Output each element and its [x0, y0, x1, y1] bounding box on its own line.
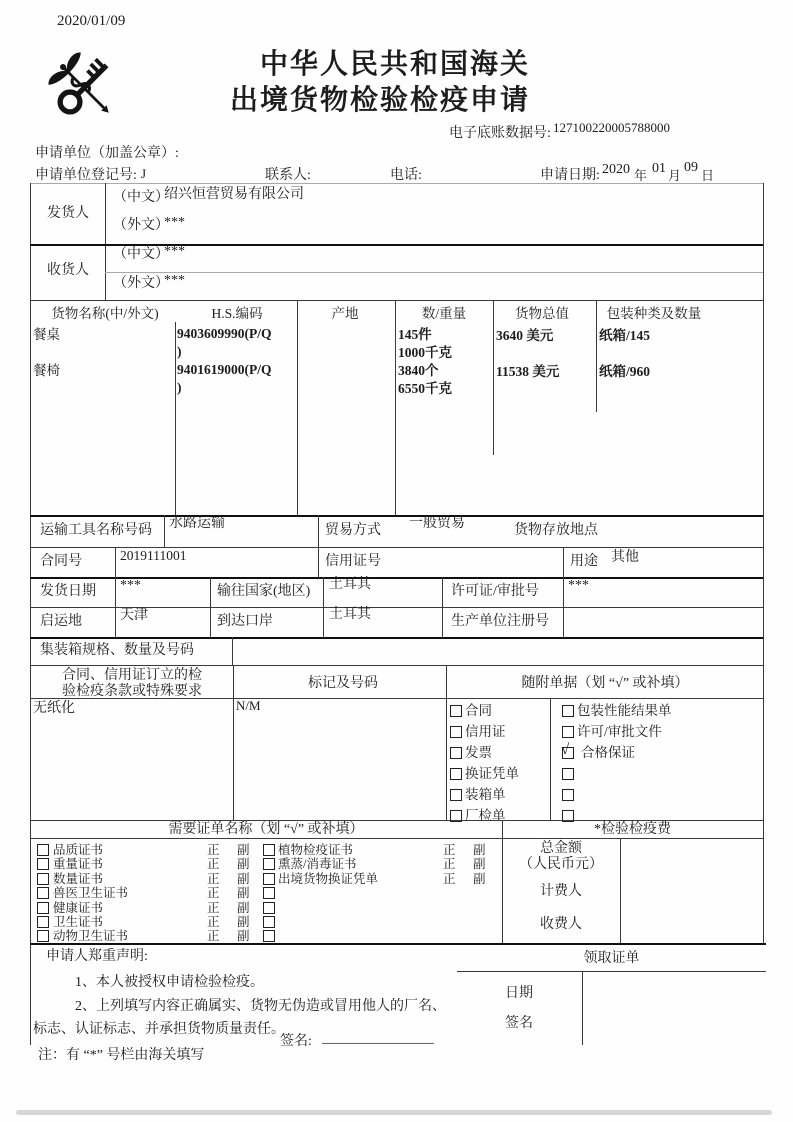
border-line: [30, 838, 763, 839]
border-line: [164, 515, 165, 547]
dest-country-label: 输往国家(地区): [217, 584, 310, 600]
pickup-date-label: 日期: [505, 986, 533, 1002]
doc-checkbox: [562, 789, 574, 801]
cert-original-label: 正: [207, 857, 220, 871]
goods-row-qty: 3840个: [398, 363, 439, 379]
border-line: [30, 244, 763, 246]
cert-copy-label: 副: [237, 857, 250, 871]
goods-row-weight: 6550千克: [398, 381, 452, 397]
goods-row-qty: 145件: [398, 327, 432, 343]
form-title-line1: 中华人民共和国海关: [160, 49, 630, 81]
border-line: [30, 183, 31, 1045]
cert-checkbox: [263, 887, 275, 899]
goods-row-name: 餐椅: [33, 363, 60, 379]
goods-row-value: 11538 美元: [496, 364, 559, 380]
phone-label: 电话:: [390, 168, 422, 184]
doc-label: 信用证: [465, 724, 506, 740]
doc-checkbox: [450, 747, 462, 759]
cert-original-label: 正: [207, 872, 220, 886]
eledger-label: 电子底账数据号:: [449, 126, 551, 142]
apply-date-day-unit: 日: [701, 169, 714, 184]
border-line: [457, 971, 766, 972]
goods-row-packing: 纸箱/960: [599, 364, 650, 380]
cert-original-label: 正: [207, 901, 220, 915]
license-label: 许可证/审批号: [451, 584, 539, 600]
arrival-port-label: 到达口岸: [217, 614, 273, 630]
license-value: ***: [568, 578, 589, 594]
foreign-label: （外文）: [113, 276, 169, 292]
doc-label: 许可/审批文件: [577, 724, 662, 740]
trade-mode-label: 贸易方式: [325, 523, 381, 539]
doc-label: 发票: [465, 745, 492, 761]
cert-label: 动物卫生证书: [53, 929, 128, 943]
checkmark-icon: √: [561, 742, 569, 759]
reg-no-value: J: [141, 167, 146, 182]
reg-no-label: 申请单位登记号:: [35, 168, 137, 184]
cert-checkbox: [263, 916, 275, 928]
apply-date-month-unit: 月: [668, 169, 681, 184]
customs-emblem-graphic: [46, 50, 122, 126]
cert-label: 熏蒸/消毒证书: [278, 857, 356, 871]
chinese-label: （中文）: [113, 247, 169, 263]
doc-checkbox: [450, 726, 462, 738]
attached-docs-header: 随附单据（划 “√” 或补填）: [454, 676, 756, 692]
goods-header-qty: 数/重量: [408, 306, 480, 322]
border-line: [233, 665, 234, 820]
border-line: [763, 183, 764, 943]
border-line: [550, 698, 551, 820]
cert-label: 品质证书: [53, 843, 103, 857]
doc-label: 装箱单: [465, 787, 506, 803]
cert-original-label: 正: [443, 843, 456, 857]
border-line: [30, 300, 763, 301]
cert-checkbox: [263, 844, 275, 856]
doc-checkbox: [562, 726, 574, 738]
doc-label: 换证凭单: [465, 766, 519, 782]
border-line: [30, 820, 763, 821]
apply-date-day: 09: [684, 160, 698, 176]
border-line: [318, 547, 319, 577]
cert-original-label: 正: [443, 872, 456, 886]
consignor-label: 发货人: [47, 206, 89, 222]
border-line: [30, 637, 763, 639]
border-line: [115, 547, 116, 577]
cert-label: 重量证书: [53, 857, 103, 871]
doc-checkbox: [562, 705, 574, 717]
contract-label: 合同号: [40, 554, 82, 570]
customs-application-form: 2020/01/09: [0, 0, 793, 1122]
fees-collector-label: 收费人: [502, 917, 620, 933]
cert-checkbox: [263, 930, 275, 942]
departure-label: 启运地: [40, 614, 82, 630]
clause-header-line1: 合同、信用证订立的检: [38, 668, 226, 684]
cert-checkbox: [37, 916, 49, 928]
applicant-label: 申请单位（加盖公章）:: [35, 146, 179, 162]
goods-row-weight: 1000千克: [398, 345, 452, 361]
border-line: [493, 300, 494, 455]
fees-header: *检验检疫费: [502, 822, 763, 838]
border-line: [318, 515, 319, 547]
border-line: [30, 698, 763, 699]
border-line: [105, 272, 763, 273]
cert-original-label: 正: [207, 886, 220, 900]
ship-date-label: 发货日期: [40, 584, 96, 600]
border-line: [620, 838, 621, 943]
doc-label: 合同: [465, 703, 492, 719]
border-line: [30, 183, 763, 184]
form-title-line2: 出境货物检验检疫申请: [145, 85, 615, 117]
ship-date-value: ***: [120, 578, 141, 594]
apply-date-label: 申请日期:: [540, 168, 600, 184]
consignee-chinese-value: ***: [164, 244, 185, 260]
cert-copy-label: 副: [237, 929, 250, 943]
apply-date-year: 2020: [602, 162, 630, 178]
consignee-label: 收货人: [47, 263, 89, 279]
eledger-value: 127100220005788000: [553, 121, 670, 136]
cert-label: 兽医卫生证书: [53, 886, 128, 900]
apply-date-month: 01: [652, 161, 666, 177]
cert-label: 数量证书: [53, 872, 103, 886]
vehicle-label: 运输工具名称号码: [40, 523, 152, 539]
departure-value: 天津: [120, 608, 148, 624]
cert-original-label: 正: [207, 929, 220, 943]
consignee-foreign-value: ***: [164, 273, 185, 289]
border-line: [563, 547, 564, 577]
cert-copy-label: 副: [237, 872, 250, 886]
declaration-line2: 2、上列填写内容正确属实、货物无伪造或冒用他人的厂名、: [75, 999, 446, 1015]
cert-checkbox: [37, 873, 49, 885]
border-line: [297, 300, 298, 515]
cert-copy-label: 副: [473, 872, 486, 886]
border-line: [596, 300, 597, 412]
cert-label: 出境货物换证凭单: [278, 872, 378, 886]
pickup-header: 领取证单: [457, 951, 766, 967]
cert-checkbox: [37, 844, 49, 856]
goods-row-name: 餐桌: [33, 327, 60, 343]
cert-copy-label: 副: [237, 843, 250, 857]
certs-header: 需要证单名称（划 “√” 或补填）: [32, 822, 500, 838]
foreign-label: （外文）: [113, 218, 169, 234]
cert-checkbox: [37, 858, 49, 870]
contract-value: 2019111001: [120, 548, 187, 564]
border-line: [105, 183, 106, 300]
storage-label: 货物存放地点: [514, 523, 598, 539]
consignor-chinese-value: 绍兴恒营贸易有限公司: [164, 187, 304, 203]
doc-checkbox: [450, 768, 462, 780]
cert-copy-label: 副: [237, 915, 250, 929]
cert-original-label: 正: [207, 915, 220, 929]
border-line: [30, 665, 763, 666]
declaration-sign-line: ________________: [322, 1031, 434, 1047]
goods-row-hs-cont: ): [177, 380, 182, 396]
cert-label: 植物检疫证书: [278, 843, 353, 857]
cert-label: 卫生证书: [53, 915, 103, 929]
pickup-sign-label: 签名: [505, 1016, 533, 1032]
cert-copy-label: 副: [237, 886, 250, 900]
declaration-sign-label: 签名:: [280, 1034, 312, 1050]
border-line: [582, 971, 583, 1045]
border-line: [175, 322, 176, 515]
goods-row-hs-cont: ): [177, 344, 182, 360]
cert-original-label: 正: [207, 843, 220, 857]
doc-label: 包装性能结果单: [577, 703, 672, 719]
cert-checkbox: [263, 902, 275, 914]
cert-copy-label: 副: [473, 843, 486, 857]
cert-checkbox: [263, 858, 275, 870]
apply-date-year-unit: 年: [634, 169, 647, 184]
cert-checkbox: [37, 930, 49, 942]
border-line: [30, 943, 766, 945]
doc-label: 合格保证: [581, 745, 635, 761]
clause-value: 无纸化: [33, 701, 75, 717]
consignor-foreign-value: ***: [164, 215, 185, 231]
cert-copy-label: 副: [473, 857, 486, 871]
fees-calculator-label: 计费人: [502, 884, 620, 900]
customs-emblem-icon: [46, 50, 122, 126]
border-line: [232, 637, 233, 665]
chinese-label: （中文）: [113, 190, 169, 206]
scan-date: 2020/01/09: [57, 13, 125, 30]
scan-edge-artifact: [16, 1110, 772, 1115]
contact-label: 联系人:: [265, 168, 311, 184]
declaration-title: 申请人郑重声明:: [46, 949, 148, 965]
cert-checkbox: [37, 902, 49, 914]
border-line: [30, 515, 763, 517]
dest-country-value: 土耳其: [329, 577, 371, 593]
usage-label: 用途: [570, 554, 598, 570]
goods-row-packing: 纸箱/145: [599, 328, 650, 344]
goods-row-hs: 9403609990(P/Q: [177, 326, 272, 342]
lc-label: 信用证号: [325, 554, 381, 570]
container-label: 集装箱规格、数量及号码: [40, 643, 194, 659]
goods-header-value: 货物总值: [506, 306, 578, 322]
usage-value: 其他: [611, 550, 639, 566]
declaration-line1: 1、本人被授权申请检验检疫。: [75, 975, 264, 991]
vehicle-value: 水路运输: [169, 516, 225, 532]
cert-checkbox: [263, 873, 275, 885]
goods-row-hs: 9401619000(P/Q: [177, 362, 272, 378]
cert-checkbox: [37, 887, 49, 899]
fees-total-label-line1: 总金额: [502, 841, 620, 857]
cert-original-label: 正: [443, 857, 456, 871]
border-line: [446, 665, 447, 820]
goods-header-name: 货物名称(中/外文): [38, 306, 172, 322]
doc-checkbox: [562, 768, 574, 780]
marks-header: 标记及号码: [250, 676, 436, 692]
goods-header-origin: 产地: [315, 306, 375, 322]
declaration-line3: 标志、认证标志、并承担货物质量责任。: [33, 1022, 285, 1038]
trade-mode-value: 一般贸易: [409, 516, 465, 532]
cert-label: 健康证书: [53, 901, 103, 915]
fees-total-label-line2: （人民币元）: [502, 857, 620, 873]
goods-header-hs: H.S.编码: [197, 306, 277, 322]
cert-copy-label: 副: [237, 901, 250, 915]
footnote: 注：有 “*” 号栏由海关填写: [38, 1048, 204, 1064]
doc-checkbox: [450, 789, 462, 801]
producer-reg-label: 生产单位注册号: [451, 614, 549, 630]
arrival-port-value: 土耳其: [329, 607, 371, 623]
marks-value: N/M: [236, 699, 261, 714]
goods-row-value: 3640 美元: [496, 328, 553, 344]
doc-checkbox: [450, 705, 462, 717]
border-line: [395, 300, 396, 515]
goods-header-packing: 包装种类及数量: [600, 306, 708, 322]
